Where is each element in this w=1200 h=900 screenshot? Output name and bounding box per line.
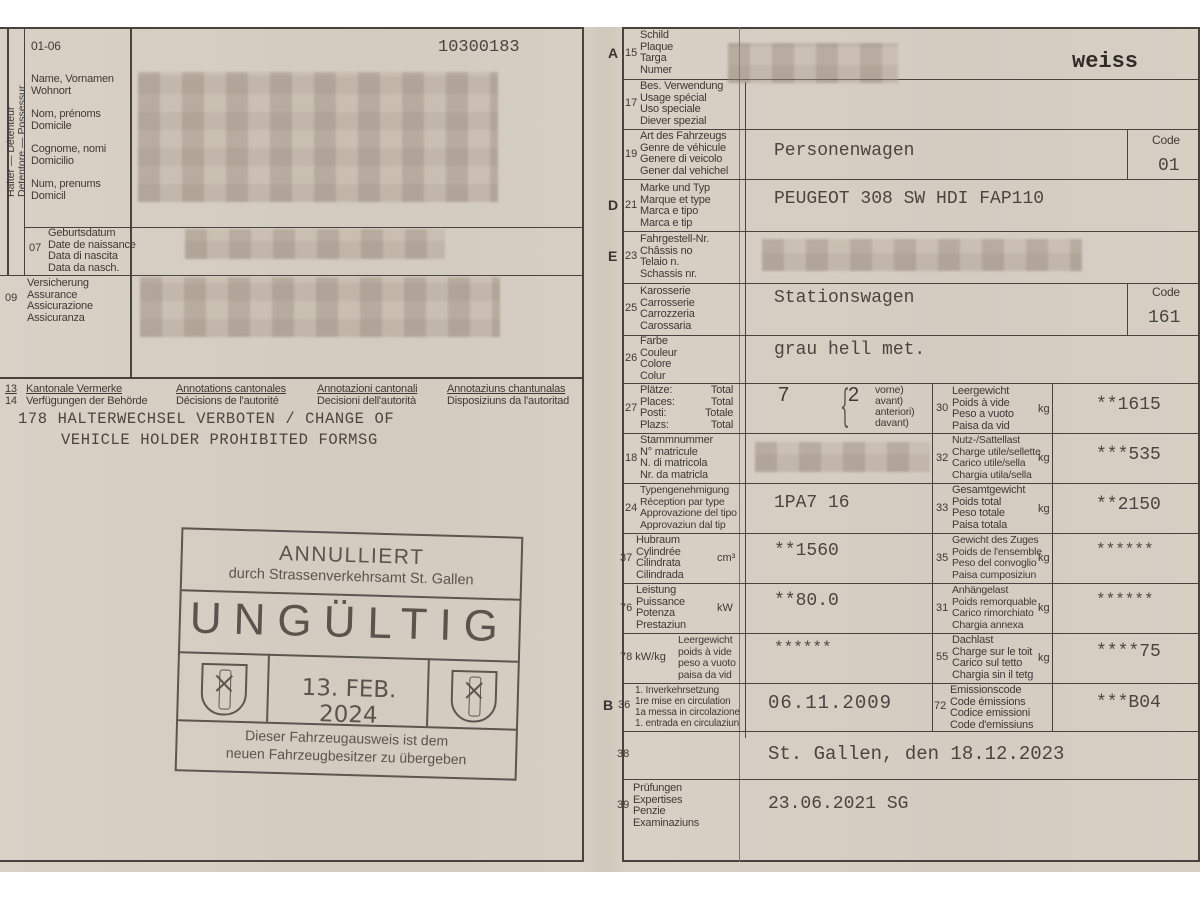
payload-value: ***535 — [1096, 445, 1161, 465]
row-23-labels: Fahrgestell-Nr.Châssis no Telaio n.Schas… — [640, 234, 709, 280]
row-35-unit: kg — [1038, 552, 1050, 564]
annotation-header-it: Annotazioni cantonaliDecisioni dell'auto… — [317, 384, 417, 407]
body-type-code: 161 — [1148, 308, 1180, 328]
plate-color: weiss — [1072, 49, 1138, 74]
row-37-unit: cm³ — [717, 552, 735, 564]
section-letter-a: A — [608, 45, 618, 61]
row-15-number: 15 — [625, 47, 637, 59]
redacted-insurance — [140, 277, 500, 337]
row-23-number: 23 — [625, 250, 637, 262]
row-19-number: 19 — [625, 148, 637, 160]
type-approval-value: 1PA7 16 — [774, 493, 850, 513]
row-35-number: 35 — [936, 552, 948, 564]
holder-field-rm: Num, prenumsDomicil — [31, 179, 101, 202]
vehicle-type-code-label: Code — [1152, 135, 1180, 147]
holder-field-fr: Nom, prénomsDomicile — [31, 109, 101, 132]
row-31-labels: AnhängelastPoids remorquable Carico rimo… — [952, 585, 1037, 631]
row-78-labels: Leergewichtpoids à vide peso a vuotopais… — [678, 635, 736, 681]
emission-code-value: ***B04 — [1096, 693, 1161, 713]
row-37-number: 37 — [620, 552, 632, 564]
row-76-labels: LeistungPuissance PotenzaPrestaziun — [636, 585, 686, 631]
row-24-labels: TypengenehmigungRéception par type Appro… — [640, 485, 737, 531]
make-model-value: PEUGEOT 308 SW HDI FAP110 — [774, 189, 1044, 209]
row-18-number: 18 — [625, 452, 637, 464]
row-55-labels: DachlastCharge sur le toit Carico sul te… — [952, 635, 1033, 681]
birthdate-labels: GeburtsdatumDate de naissance Data di na… — [48, 228, 136, 274]
redacted-holder-name — [138, 72, 498, 202]
redacted-master-number — [755, 442, 930, 472]
row-33-number: 33 — [936, 502, 948, 514]
redacted-plate-number — [728, 43, 898, 83]
row-78-number: 78 kW/kg — [620, 651, 666, 663]
holder-side-label: Halter — Détenteur Detentore — Possessur — [6, 86, 28, 197]
row-32-unit: kg — [1038, 452, 1050, 464]
row-76-unit: kW — [717, 602, 733, 614]
roof-load-value: ****75 — [1096, 642, 1161, 662]
row-36-labels: 1. Inverkehrsetzung1re mise en circulati… — [635, 685, 740, 729]
row-26-labels: FarbeCouleur ColoreColur — [640, 336, 677, 382]
row-32-labels: Nutz-/SattellastCharge utile/sellette Ca… — [952, 435, 1041, 481]
seats-front-value: 2 — [848, 390, 859, 402]
row-27-number: 27 — [625, 402, 637, 414]
birthdate-number: 07 — [29, 242, 41, 254]
towing-load-value: ****** — [1096, 591, 1154, 609]
annotation-text-line-2: VEHICLE HOLDER PROHIBITED FORMSG — [61, 431, 378, 449]
row-72-labels: EmissionscodeCode émissions Codice emiss… — [950, 685, 1033, 731]
section-letter-e: E — [608, 248, 617, 264]
power-to-weight-value: ****** — [774, 639, 832, 657]
holder-field-de: Name, VornamenWohnort — [31, 74, 114, 97]
row-18-labels: StammnummerN° matricule N. di matricolaN… — [640, 435, 713, 481]
row-31-number: 31 — [936, 602, 948, 614]
left-page: Halter — Détenteur Detentore — Possessur… — [0, 27, 590, 872]
right-page: A 15 SchildPlaque TargaNumer weiss 17 Be… — [600, 27, 1200, 872]
stamp-date: 13. FEB. 2024 — [270, 674, 427, 730]
row-25-number: 25 — [625, 302, 637, 314]
row-15-labels: SchildPlaque TargaNumer — [640, 30, 673, 76]
total-weight-value: **2150 — [1096, 495, 1161, 515]
redacted-chassis-number — [762, 239, 1082, 271]
body-type-code-label: Code — [1152, 287, 1180, 299]
row-21-number: 21 — [625, 199, 637, 211]
seats-total-value: 7 — [778, 390, 789, 402]
row-21-labels: Marke und TypMarque et type Marca e tipo… — [640, 183, 711, 229]
row-55-number: 55 — [936, 651, 948, 663]
vehicle-type-value: Personenwagen — [774, 141, 914, 161]
train-weight-value: ****** — [1096, 541, 1154, 559]
row-76-number: 76 — [620, 602, 632, 614]
row-33-unit: kg — [1038, 503, 1050, 515]
row-26-number: 26 — [625, 352, 637, 364]
row-24-number: 24 — [625, 502, 637, 514]
issued-place-date: St. Gallen, den 18.12.2023 — [768, 743, 1064, 765]
annotation-text-line-1: 178 HALTERWECHSEL VERBOTEN / CHANGE OF — [18, 410, 394, 428]
row-30-number: 30 — [936, 402, 948, 414]
redacted-birthdate — [185, 229, 445, 259]
inspections-labels: PrüfungenExpertises PenzieExaminaziuns — [633, 783, 699, 829]
row-17-number: 17 — [625, 97, 637, 109]
empty-weight-labels: LeergewichtPoids à vide Peso a vuotoPais… — [952, 386, 1014, 432]
row-35-labels: Gewicht des ZugesPoids de l'ensemble Pes… — [952, 535, 1042, 581]
inspection-value: 23.06.2021 SG — [768, 794, 908, 814]
holder-field-it: Cognome, nomiDomicilio — [31, 144, 106, 167]
row-72-number: 72 — [934, 700, 946, 712]
seats-front-labels: vorne)avant) anteriori)davant) — [875, 385, 914, 429]
empty-weight-unit: kg — [1038, 403, 1050, 415]
power-value: **80.0 — [774, 591, 839, 611]
stamp-status: UNGÜLTIG — [180, 593, 519, 652]
row-17-labels: Bes. VerwendungUsage spécial Uso special… — [640, 81, 723, 127]
row-19-labels: Art des FahrzeugsGenre de véhicule Gener… — [640, 131, 728, 177]
annotation-header-fr: Annotations cantonalesDécisions de l'aut… — [176, 384, 286, 407]
row-36-number: 36 — [618, 699, 630, 711]
annotation-number-13: 13 — [5, 384, 17, 396]
row-38-number: 38 — [617, 748, 629, 760]
document-photo: Halter — Détenteur Detentore — Possessur… — [0, 27, 1200, 872]
annotation-header-de: Kantonale VermerkeVerfügungen der Behörd… — [26, 384, 147, 407]
coat-of-arms-icon-right — [450, 670, 497, 723]
row-25-labels: KarosserieCarrosserie CarrozzeriaCarossa… — [640, 286, 695, 332]
row-33-labels: GesamtgewichtPoids total Peso totalePais… — [952, 485, 1025, 531]
cancellation-stamp: ANNULLIERT durch Strassenverkehrsamt St.… — [175, 527, 524, 780]
displacement-value: **1560 — [774, 541, 839, 561]
seats-labels: Plätze:Places: Posti:Plazs: — [640, 385, 675, 431]
body-type-value: Stationswagen — [774, 288, 914, 308]
insurance-labels: VersicherungAssurance AssicurazioneAssic… — [27, 278, 93, 324]
row-55-unit: kg — [1038, 652, 1050, 664]
first-registration-value: 06.11.2009 — [768, 692, 892, 714]
row-31-unit: kg — [1038, 602, 1050, 614]
vehicle-type-code: 01 — [1158, 156, 1180, 176]
row-32-number: 32 — [936, 452, 948, 464]
document-number: 10300183 — [438, 38, 520, 57]
empty-weight-value: **1615 — [1096, 395, 1161, 415]
annotation-header-rm: Annotaziuns chantunalasDisposiziuns da l… — [447, 384, 569, 407]
section-letter-b: B — [603, 697, 613, 713]
coat-of-arms-icon-left — [200, 663, 247, 716]
insurance-number: 09 — [5, 292, 17, 304]
row-37-labels: HubraumCylindrée CilindrataCilindrada — [636, 535, 684, 581]
color-value: grau hell met. — [774, 340, 925, 360]
section-letter-d: D — [608, 197, 618, 213]
form-code: 01-06 — [31, 41, 61, 53]
seats-total-labels: TotalTotal TotaleTotal — [705, 385, 733, 431]
annotation-number-14: 14 — [5, 396, 17, 408]
row-39-number: 39 — [617, 799, 629, 811]
